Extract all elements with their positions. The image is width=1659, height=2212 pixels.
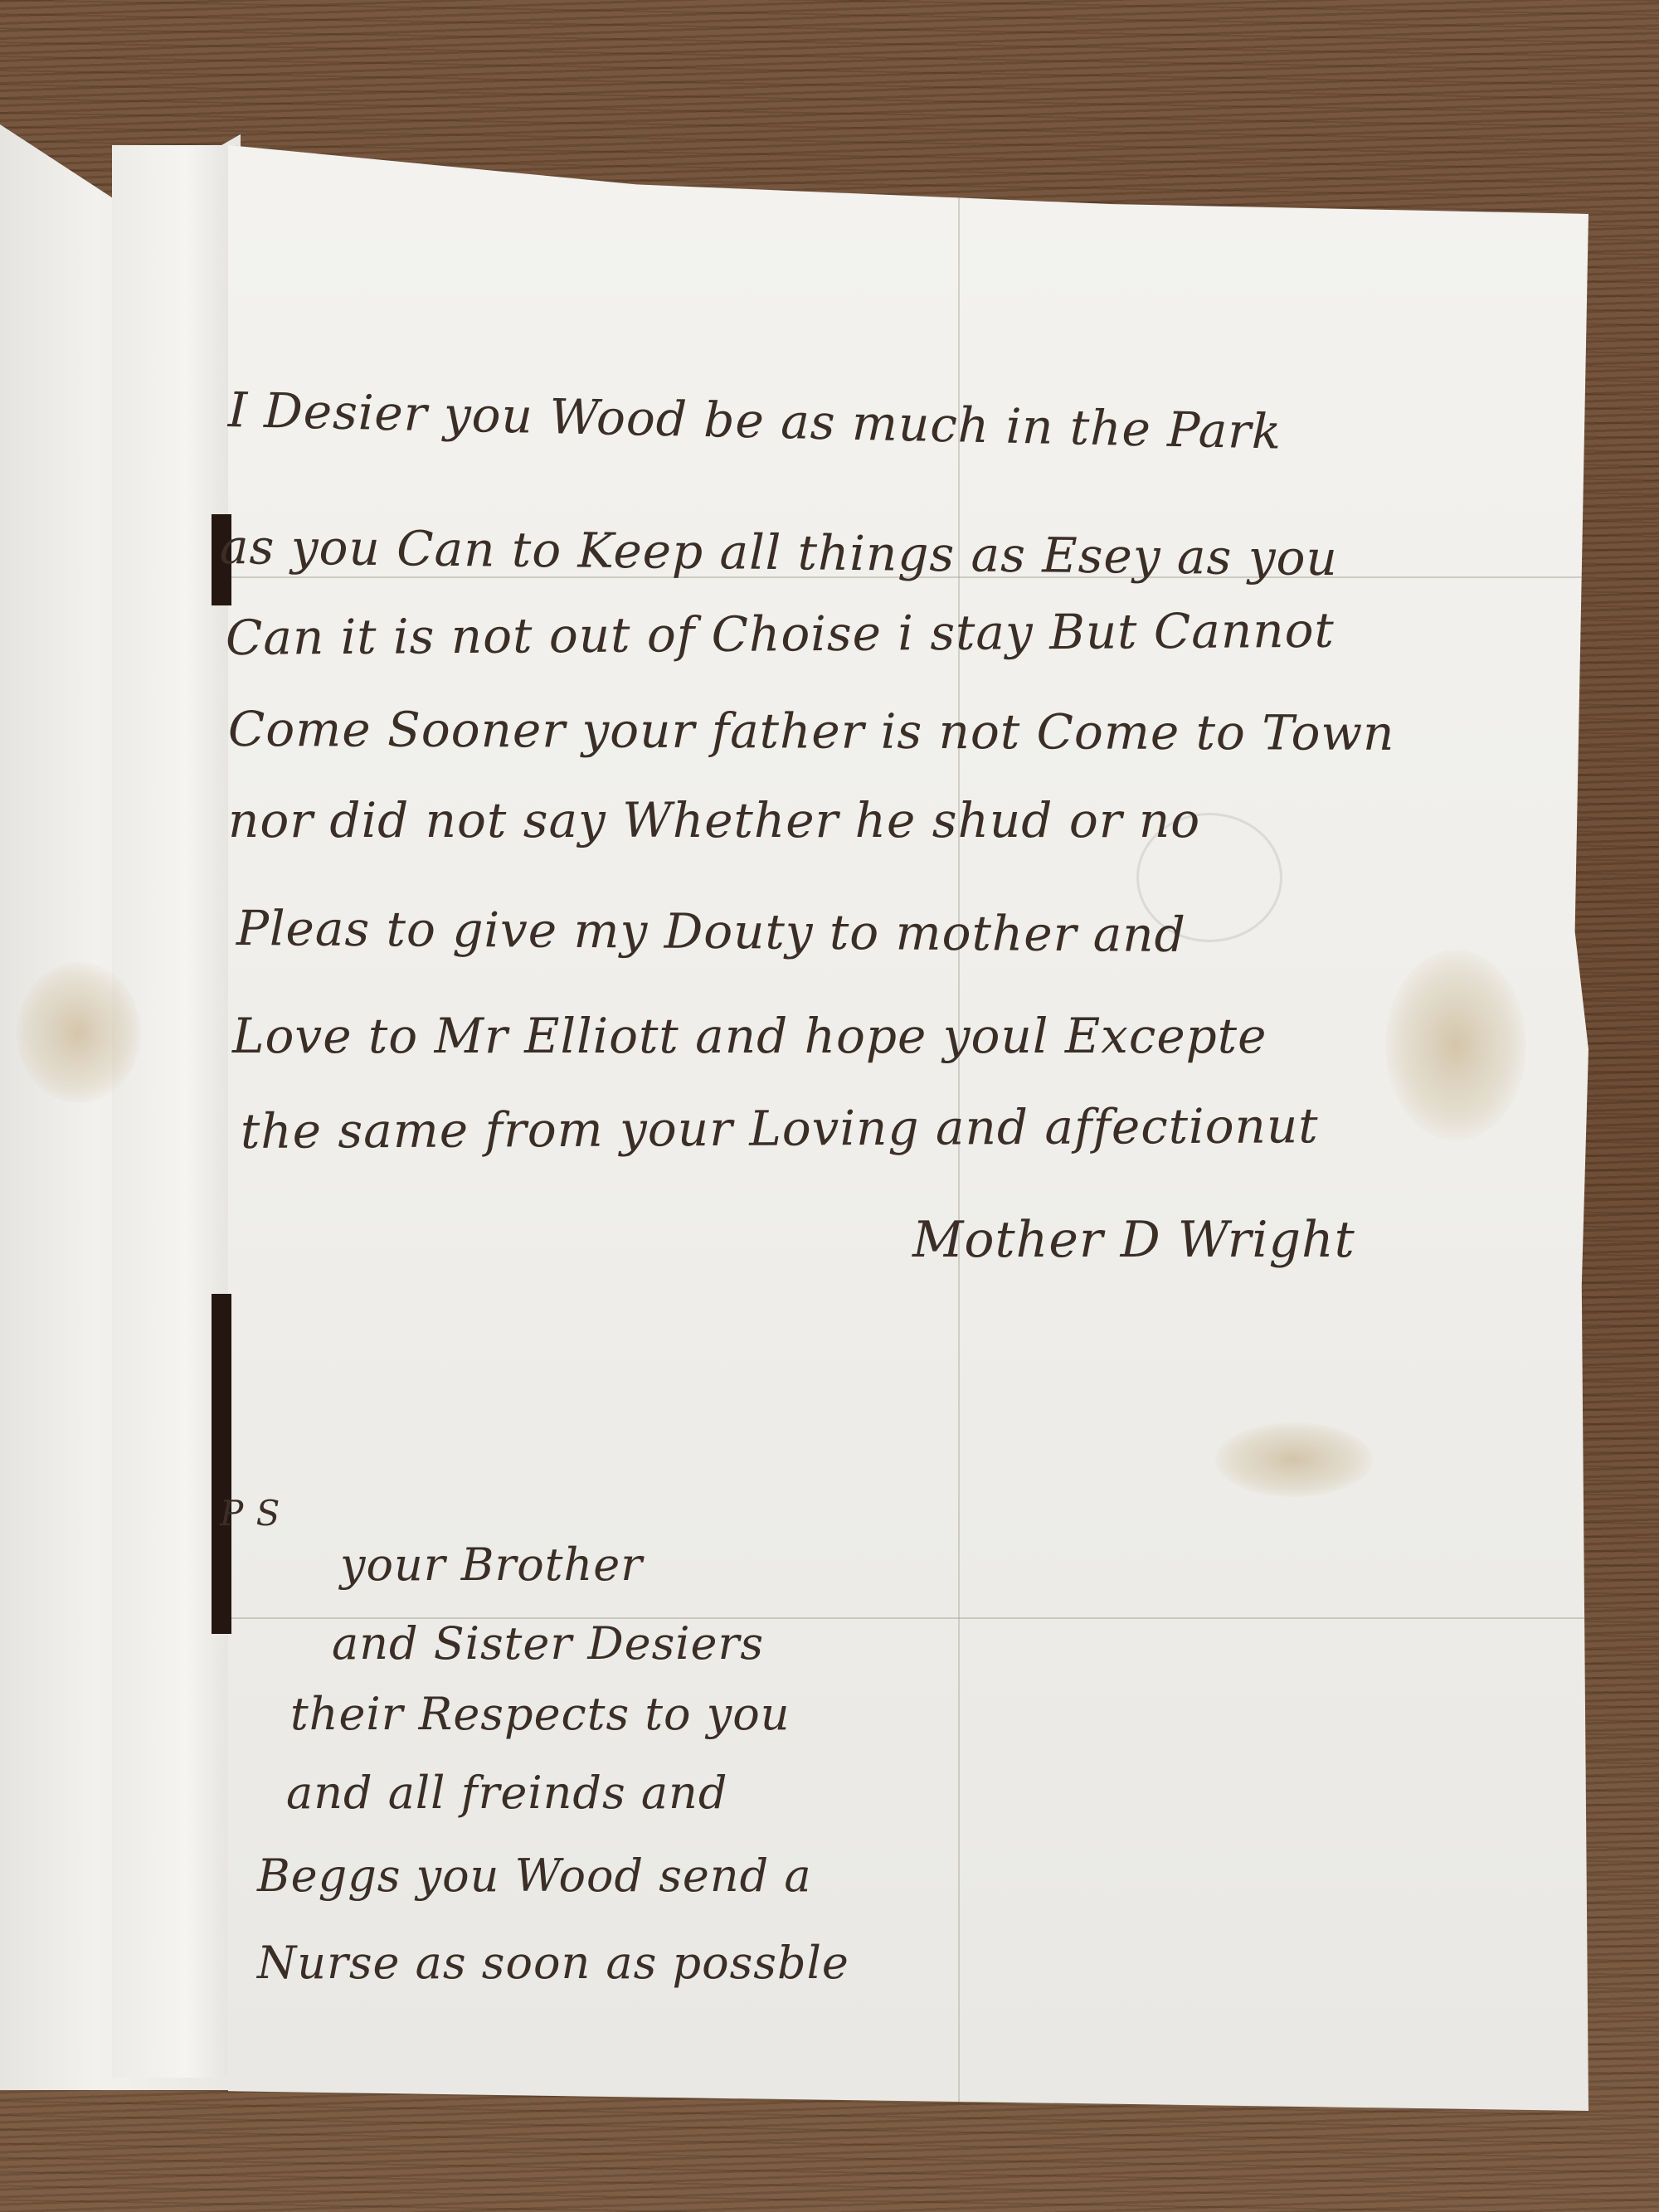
signature: Mother D Wright <box>912 1211 1355 1269</box>
water-stain <box>17 962 141 1103</box>
postscript-marker: P S <box>220 1493 280 1534</box>
letter-line: the same from your Loving and affectionu… <box>241 1097 1319 1159</box>
letter-line: nor did not say Whether he shud or no <box>228 792 1200 848</box>
postscript-line: and Sister Desiers <box>332 1617 764 1670</box>
postscript-line: your Brother <box>340 1539 643 1591</box>
letter-line: Pleas to give my Douty to mother and <box>236 900 1186 963</box>
postscript-line: Beggs you Wood send a <box>257 1850 812 1902</box>
water-stain <box>1215 1422 1373 1497</box>
letter-line: Love to Mr Elliott and hope youl Excepte <box>232 1008 1267 1064</box>
postscript-line: and all freinds and <box>286 1767 727 1819</box>
letter-line: as you Can to Keep all things as Esey as… <box>220 518 1339 586</box>
fold-strip <box>112 145 238 2078</box>
water-stain <box>1385 950 1526 1140</box>
letter-line: Can it is not out of Choise i stay But C… <box>226 602 1335 666</box>
letter-line: Come Sooner your father is not Come to T… <box>228 701 1395 761</box>
paper-tear <box>212 1294 231 1634</box>
postscript-line: their Respects to you <box>290 1688 791 1740</box>
postscript-line: Nurse as soon as possble <box>257 1937 849 1989</box>
